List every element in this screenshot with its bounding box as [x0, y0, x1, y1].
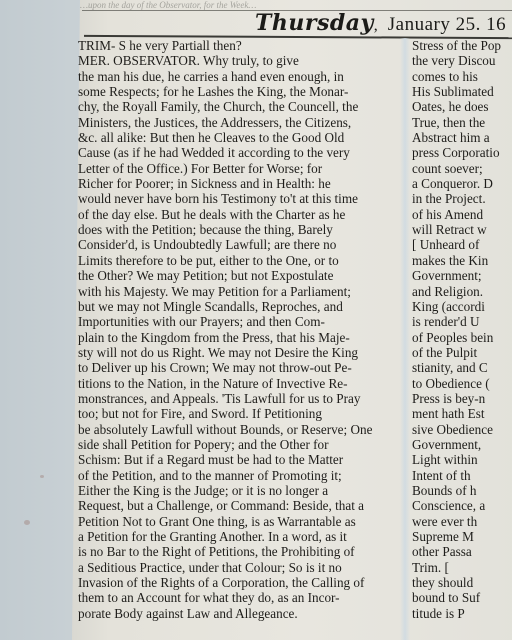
- text-line: to Deliver up his Crown; We may not thro…: [78, 360, 400, 375]
- text-line: Request, but a Challenge, or Command: Be…: [78, 498, 400, 513]
- text-line: to Obedience (: [412, 376, 512, 391]
- text-line: Government,: [412, 437, 512, 452]
- text-line: and Religion.: [412, 284, 512, 299]
- text-line: would never have born his Testimony to't…: [78, 191, 400, 206]
- text-line: too; but not for Fire, and Sword. If Pet…: [78, 406, 400, 421]
- text-line: MER. OBSERVATOR. Why truly, to give: [78, 53, 400, 68]
- text-line: is no Bar to the Right of Petitions, the…: [78, 544, 400, 559]
- text-line: [ Unheard of: [412, 237, 512, 252]
- text-line: Light within: [412, 452, 512, 467]
- text-line: is render'd U: [412, 314, 512, 329]
- text-line: other Passa: [412, 544, 512, 559]
- masthead-day: Thursday: [255, 10, 374, 36]
- text-line: be absolutely Lawfull without Bounds, or…: [78, 422, 400, 437]
- text-line: Abstract him a: [412, 130, 512, 145]
- text-line: Stress of the Pop: [412, 38, 512, 53]
- text-line: Richer for Poorer; in Sickness and in He…: [78, 176, 400, 191]
- text-line: sty will not do us Right. We may not Des…: [78, 345, 400, 360]
- text-line: plain to the Kingdom from the Press, tha…: [78, 330, 400, 345]
- text-line: of the Petition, and to the manner of Pr…: [78, 468, 400, 483]
- text-line: Cause (as if he had Wedded it according …: [78, 145, 400, 160]
- text-line: Government;: [412, 268, 512, 283]
- text-line: of Peoples bein: [412, 330, 512, 345]
- text-line: Oates, he does: [412, 99, 512, 114]
- text-line: the man his due, he carries a hand even …: [78, 69, 400, 84]
- text-line: sive Obedience: [412, 422, 512, 437]
- text-line: press Corporatio: [412, 145, 512, 160]
- text-line: makes the Kin: [412, 253, 512, 268]
- text-line: ment hath Est: [412, 406, 512, 421]
- text-line: of his Amend: [412, 207, 512, 222]
- text-line: a Petition for the Granting Another. In …: [78, 529, 400, 544]
- text-line: Bounds of h: [412, 483, 512, 498]
- foxing-spot: [40, 475, 44, 478]
- text-line: of the day else. But he deals with the C…: [78, 207, 400, 222]
- text-line: Schism: But if a Regard must be had to t…: [78, 452, 400, 467]
- text-line: Either the King is the Judge; or it is n…: [78, 483, 400, 498]
- text-line: the very Discou: [412, 53, 512, 68]
- text-line: comes to his: [412, 69, 512, 84]
- text-line: the Other? We may Petition; but not Expo…: [78, 268, 400, 283]
- text-line: Importunities with our Prayers; and then…: [78, 314, 400, 329]
- text-line: will Retract w: [412, 222, 512, 237]
- text-line: Conscience, a: [412, 498, 512, 513]
- text-line: chy, the Royall Family, the Church, the …: [78, 99, 400, 114]
- text-line: Invasion of the Rights of a Corporation,…: [78, 575, 400, 590]
- text-line: True, then the: [412, 115, 512, 130]
- masthead-comma: ,: [374, 17, 378, 34]
- text-line: titions to the Nation, in the Nature of …: [78, 376, 400, 391]
- text-line: Trim. [: [412, 560, 512, 575]
- text-line: King (accordi: [412, 299, 512, 314]
- text-line: them to an Account for what they do, as …: [78, 590, 400, 605]
- text-line: Petition Not to Grant One thing, is as W…: [78, 514, 400, 529]
- text-line: Supreme M: [412, 529, 512, 544]
- masthead: Thursday, January 25. 16: [255, 10, 512, 36]
- text-line: they should: [412, 575, 512, 590]
- text-line: Letter of the Office.) For Better for Wo…: [78, 161, 400, 176]
- text-line: monstrances, and Appeals. 'Tis Lawfull f…: [78, 391, 400, 406]
- text-line: TRIM- S he very Partiall then?: [78, 38, 400, 53]
- foxing-spot: [24, 520, 30, 525]
- right-column: Stress of the Popthe very Discoucomes to…: [412, 38, 512, 621]
- text-line: Ministers, the Justices, the Addressers,…: [78, 115, 400, 130]
- text-line: Limits therefore to be put, either to th…: [78, 253, 400, 268]
- text-line: were ever th: [412, 514, 512, 529]
- text-line: stianity, and C: [412, 360, 512, 375]
- text-line: porate Body against Law and Allegeance.: [78, 606, 400, 621]
- text-line: Intent of th: [412, 468, 512, 483]
- text-line: titude is P: [412, 606, 512, 621]
- text-line: His Sublimated: [412, 84, 512, 99]
- text-line: but we may not Mingle Scandalls, Reproch…: [78, 299, 400, 314]
- top-strip-text: …upon the day of the Observator, for the…: [80, 0, 512, 10]
- text-line: Consider'd, is Undoubtedly Lawfull; are …: [78, 237, 400, 252]
- text-line: does with the Petition; because the thin…: [78, 222, 400, 237]
- text-line: a Seditious Practice, under that Colour;…: [78, 560, 400, 575]
- text-line: &c. all alike: But then he Cleaves to th…: [78, 130, 400, 145]
- text-line: with his Majesty. We may Petition for a …: [78, 284, 400, 299]
- masthead-date: January 25. 16: [388, 14, 506, 35]
- text-line: of the Pulpit: [412, 345, 512, 360]
- text-line: some Respects; for he Lashes the King, t…: [78, 84, 400, 99]
- text-line: a Conqueror. D: [412, 176, 512, 191]
- text-line: side shall Petition for Popery; and the …: [78, 437, 400, 452]
- left-column: TRIM- S he very Partiall then?MER. OBSER…: [78, 38, 400, 621]
- text-line: bound to Suf: [412, 590, 512, 605]
- text-line: in the Project.: [412, 191, 512, 206]
- text-line: Press is bey-n: [412, 391, 512, 406]
- column-gutter-fold: [400, 38, 410, 640]
- text-line: count soever;: [412, 161, 512, 176]
